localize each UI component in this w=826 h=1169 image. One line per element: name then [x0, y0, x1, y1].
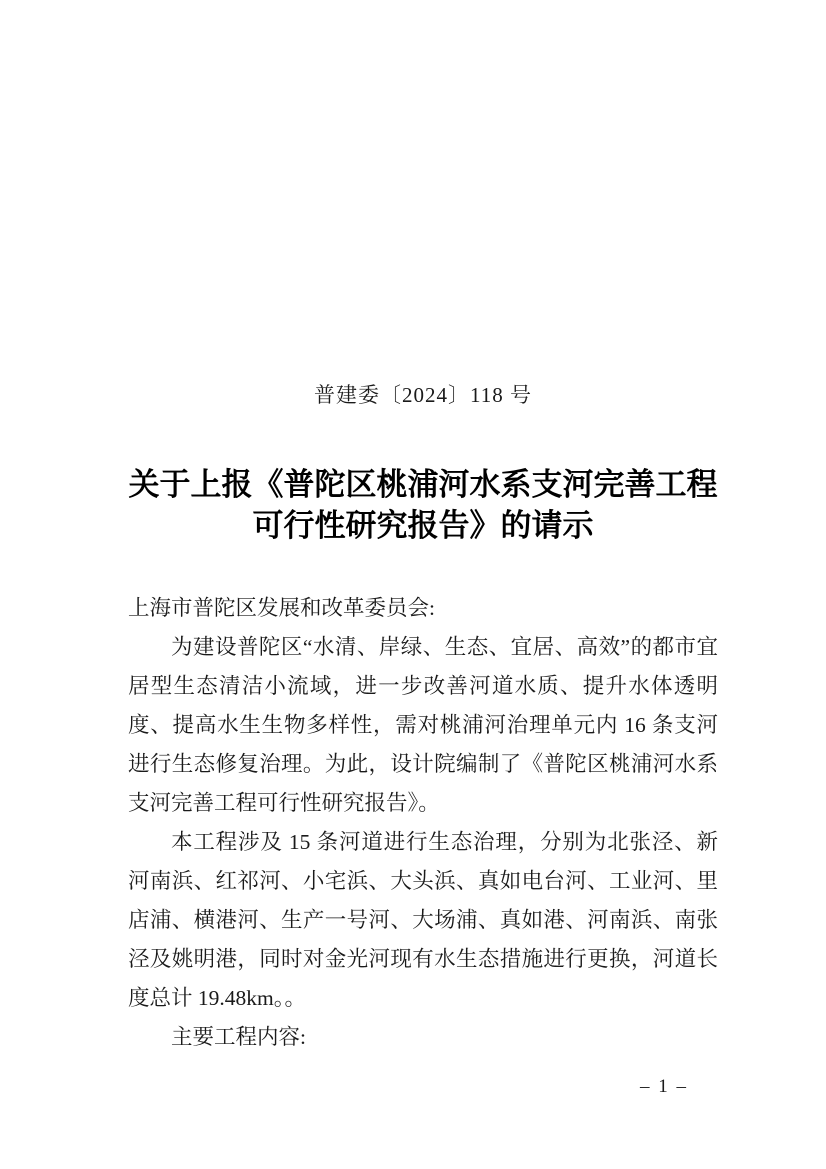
page-number: – 1 –: [640, 1076, 688, 1098]
title-line-1: 关于上报《普陀区桃浦河水系支河完善工程: [108, 464, 738, 505]
document-page: 普建委〔2024〕118 号 关于上报《普陀区桃浦河水系支河完善工程 可行性研究…: [0, 0, 826, 1169]
salutation-line: 上海市普陀区发展和改革委员会:: [128, 589, 718, 628]
document-number: 普建委〔2024〕118 号: [128, 379, 718, 409]
paragraph-3: 主要工程内容:: [128, 1018, 718, 1057]
document-title: 关于上报《普陀区桃浦河水系支河完善工程 可行性研究报告》的请示: [108, 464, 738, 546]
paragraph-1: 为建设普陀区“水清、岸绿、生态、宜居、高效”的都市宜居型生态清洁小流域，进一步改…: [128, 628, 718, 823]
title-line-2: 可行性研究报告》的请示: [108, 505, 738, 546]
document-body: 上海市普陀区发展和改革委员会: 为建设普陀区“水清、岸绿、生态、宜居、高效”的都…: [128, 589, 718, 1057]
paragraph-2: 本工程涉及 15 条河道进行生态治理，分别为北张泾、新河南浜、红祁河、小宅浜、大…: [128, 823, 718, 1018]
